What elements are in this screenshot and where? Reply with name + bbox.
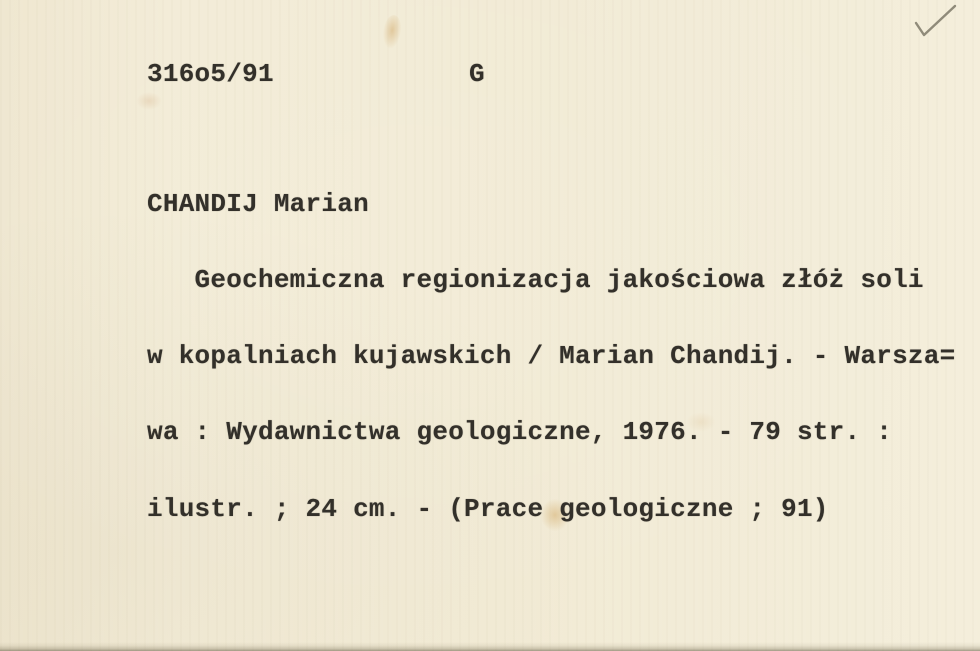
entry-line-author: w kopalniach kujawskich / Marian Chandij… <box>147 344 955 369</box>
scan-bottom-edge <box>0 642 980 651</box>
catalog-entry: CHANDIJ Marian Geochemiczna regionizacja… <box>147 141 955 573</box>
call-number: 316o5/91 <box>147 62 274 87</box>
entry-line-publisher: wa : Wydawnictwa geologiczne, 1976. - 79… <box>147 420 955 445</box>
entry-line-heading: CHANDIJ Marian <box>147 192 955 217</box>
entry-line-series: ilustr. ; 24 cm. - (Prace geologiczne ; … <box>147 497 955 522</box>
catalog-card-scan: 316o5/91 G CHANDIJ Marian Geochemiczna r… <box>0 0 980 651</box>
checkmark-icon <box>909 2 961 42</box>
paper-stain <box>136 92 162 110</box>
entry-line-title: Geochemiczna regionizacja jakościowa złó… <box>147 268 955 293</box>
section-letter: G <box>469 62 485 87</box>
paper-stain <box>381 14 404 50</box>
